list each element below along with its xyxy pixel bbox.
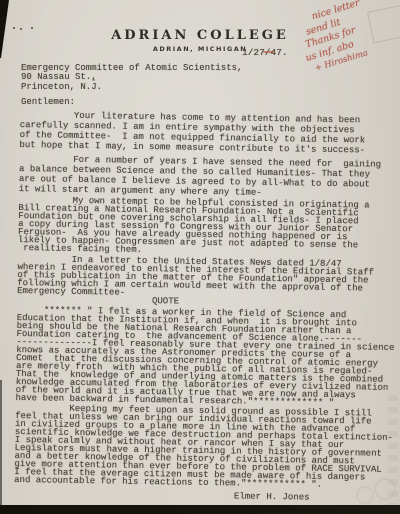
paragraph-2: For a number of years I have sensed the … [19,154,400,200]
paragraph-6: Keeping my feet upon as solid ground as … [14,404,395,490]
recipient-address: Emergency Committee of Atomic Scientists… [21,64,242,92]
letter-paper: ADRIAN COLLEGE ADRIAN, MICHIGAN 1/27/47.… [0,0,400,514]
bleed-through-circle [356,486,374,504]
paragraph-1: Your literature has come to my attention… [19,110,400,156]
faint-pencil-mark [367,5,400,44]
scanned-letter-canvas: ADRIAN COLLEGE ADRIAN, MICHIGAN 1/27/47.… [0,0,400,514]
letter-body: Your literature has come to my attention… [14,110,400,504]
scan-edge-left [0,380,2,514]
red-pen-mark [263,51,275,53]
paper-specks [13,27,15,29]
paragraph-3: My own attempt to be helpful consisted i… [18,196,399,258]
scan-edge-bottom [0,505,400,514]
bleed-through-circle [374,478,396,500]
paragraph-5-quote: ******* " I felt as a worker in the fiel… [15,306,396,408]
paragraph-4: In a letter to the United States News da… [17,255,398,309]
salutation: Gentlemen: [21,97,75,107]
